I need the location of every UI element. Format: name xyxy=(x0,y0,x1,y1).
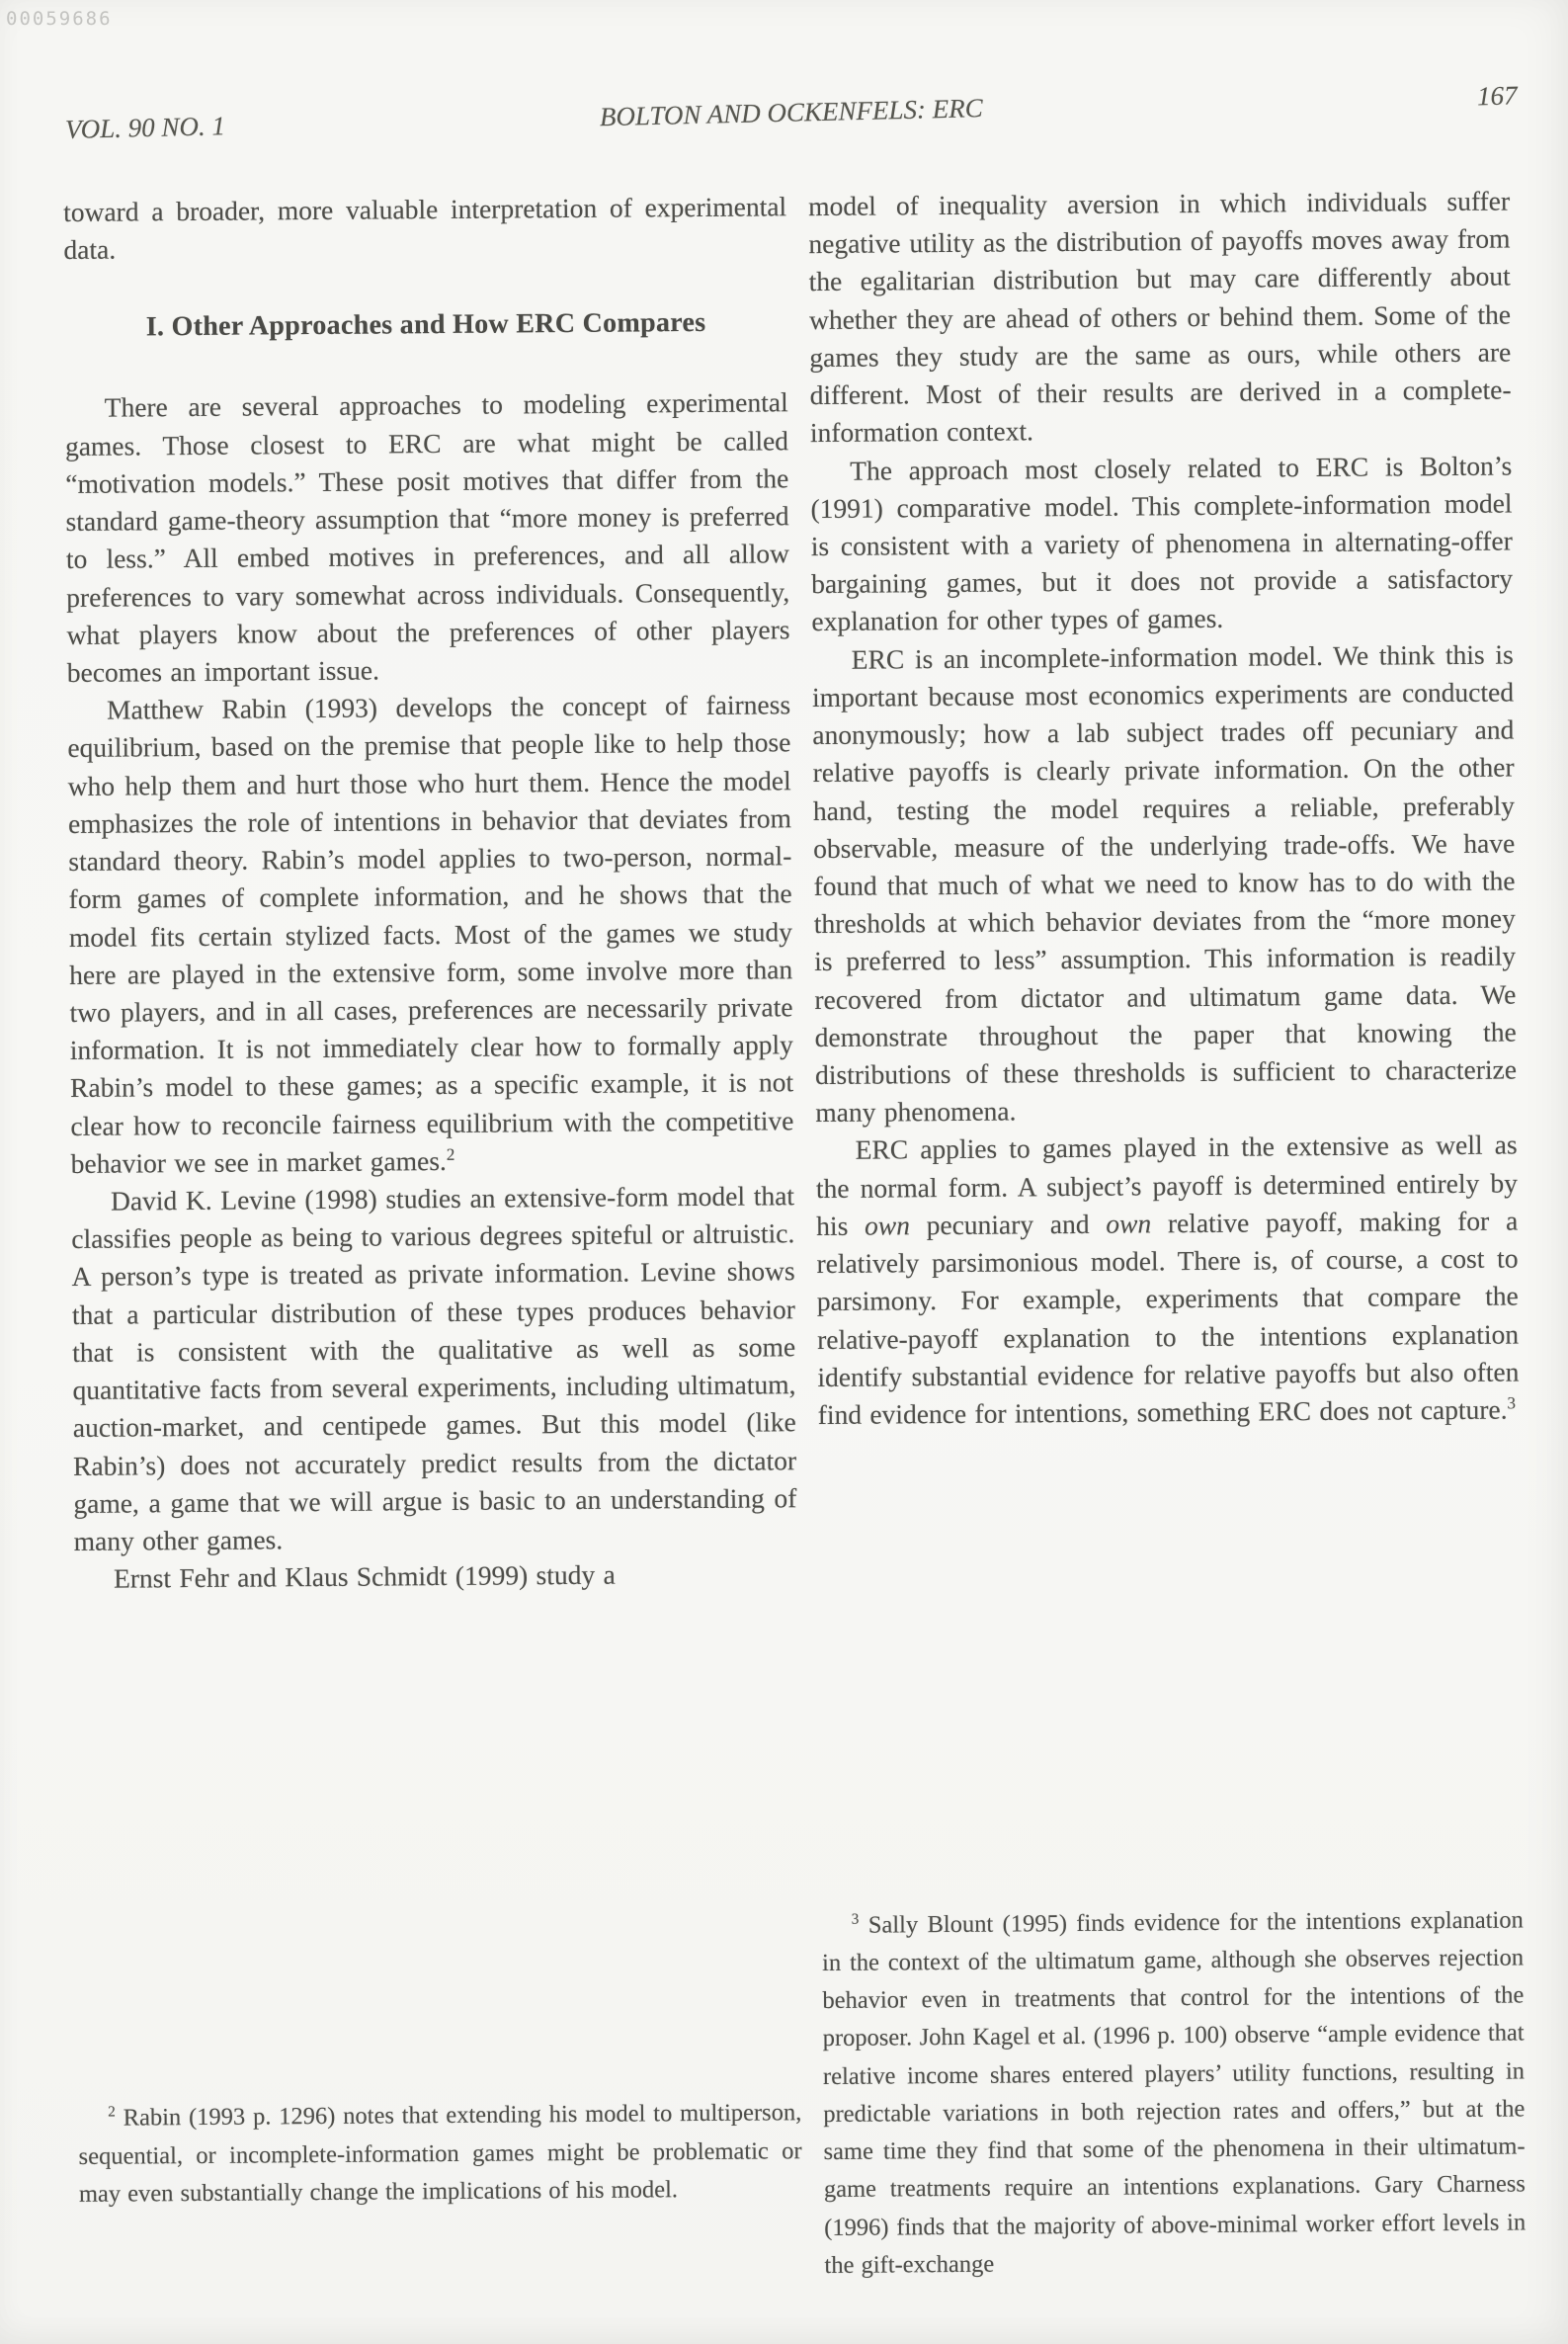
right-column: model of inequality aversion in which in… xyxy=(808,183,1527,2292)
paragraph: ERC applies to games played in the exten… xyxy=(815,1127,1519,1434)
left-column-lead: toward a broader, more valuable interpre… xyxy=(63,188,787,269)
paragraph: Ernst Fehr and Klaus Schmidt (1999) stud… xyxy=(74,1554,797,1598)
paragraph: 3 Sally Blount (1995) finds evidence for… xyxy=(822,1901,1527,2285)
scanned-paper-page: 00059686 VOL. 90 NO. 1 BOLTON AND OCKENF… xyxy=(0,0,1568,2344)
page-body: toward a broader, more valuable interpre… xyxy=(63,183,1527,2297)
right-column-paragraphs: model of inequality aversion in which in… xyxy=(808,183,1520,1435)
paragraph: David K. Levine (1998) studies an extens… xyxy=(71,1177,797,1560)
left-column-paragraphs: There are several approaches to modeling… xyxy=(65,384,798,1599)
paragraph: toward a broader, more valuable interpre… xyxy=(63,188,787,269)
paragraph: model of inequality aversion in which in… xyxy=(808,183,1512,453)
scan-stamp-number: 00059686 xyxy=(6,8,113,30)
footnote-3: 3 Sally Blount (1995) finds evidence for… xyxy=(822,1901,1527,2285)
paragraph: The approach most closely related to ERC… xyxy=(810,447,1513,641)
header-article-title: BOLTON AND OCKENFELS: ERC xyxy=(65,80,1518,145)
footnote-2: 2 Rabin (1993 p. 1296) notes that extend… xyxy=(78,2095,802,2214)
paragraph: 2 Rabin (1993 p. 1296) notes that extend… xyxy=(78,2095,802,2214)
paragraph: There are several approaches to modeling… xyxy=(65,384,790,692)
paragraph: Matthew Rabin (1993) develops the concep… xyxy=(67,686,794,1183)
running-head: VOL. 90 NO. 1 BOLTON AND OCKENFELS: ERC … xyxy=(65,80,1518,145)
paragraph: ERC is an incomplete-information model. … xyxy=(812,635,1518,1131)
left-column: toward a broader, more valuable interpre… xyxy=(63,188,803,2297)
section-heading: I. Other Approaches and How ERC Compares xyxy=(64,307,787,345)
